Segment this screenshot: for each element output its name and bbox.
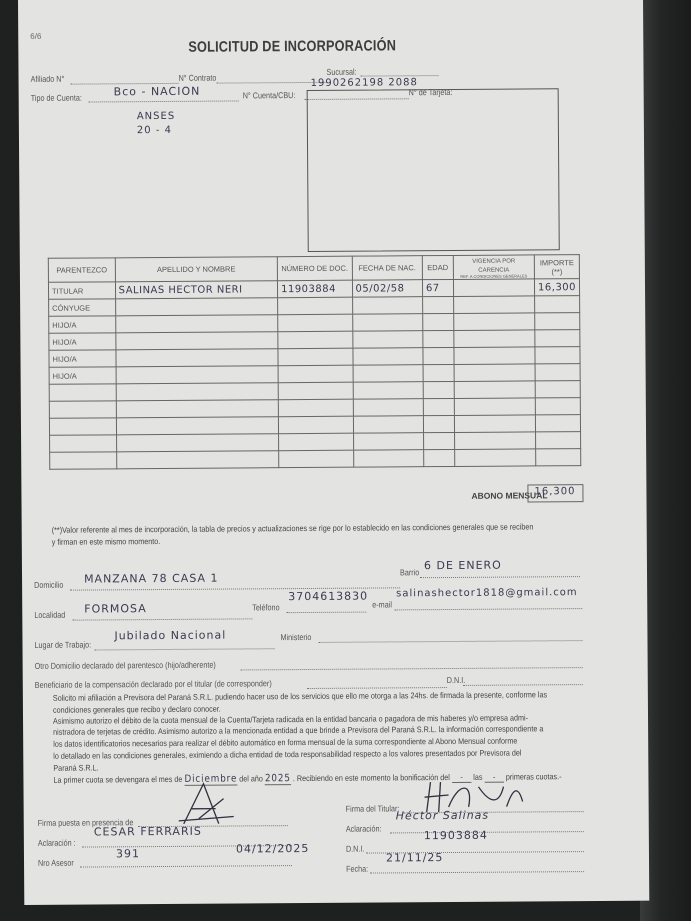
row-name[interactable] bbox=[116, 434, 279, 452]
otro-domicilio-label: Otro Domicilio declarado del parentesco … bbox=[35, 660, 216, 671]
row-age[interactable] bbox=[423, 347, 454, 364]
row-age[interactable] bbox=[423, 415, 454, 432]
row-vigencia[interactable] bbox=[454, 347, 535, 365]
row-importe[interactable] bbox=[535, 347, 580, 364]
localidad-label: Localidad bbox=[34, 610, 65, 620]
trabajo-field[interactable] bbox=[95, 648, 275, 650]
row-importe[interactable] bbox=[535, 313, 580, 330]
row-importe[interactable] bbox=[535, 364, 580, 381]
row-name[interactable]: SALINAS HECTOR NERI bbox=[115, 281, 278, 299]
form-sheet: 6/6 SOLICITUD DE INCORPORACIÓN Afiliado … bbox=[18, 0, 649, 905]
row-name[interactable] bbox=[116, 366, 279, 384]
row-doc[interactable] bbox=[278, 365, 353, 383]
legal-line7: Paraná S.R.L. bbox=[53, 763, 98, 772]
row-age[interactable] bbox=[422, 296, 453, 313]
footnote-line2: y firman en este mismo momento. bbox=[52, 537, 161, 547]
row-dob[interactable] bbox=[353, 365, 424, 382]
fecha-value: 21/11/25 bbox=[386, 851, 443, 864]
row-parentezco: HIJO/A bbox=[49, 333, 116, 350]
trabajo-value: Jubilado Nacional bbox=[114, 629, 226, 643]
row-vigencia[interactable] bbox=[453, 296, 534, 314]
row-parentezco bbox=[49, 384, 116, 401]
table-header-row: PARENTEZCO APELLIDO Y NOMBRE NÚMERO DE D… bbox=[48, 255, 579, 283]
row-dob[interactable] bbox=[353, 399, 424, 416]
row-vigencia[interactable] bbox=[454, 330, 535, 348]
row-dob[interactable] bbox=[353, 450, 424, 467]
trabajo-label: Lugar de Trabajo: bbox=[34, 640, 91, 650]
beneficiario-field[interactable] bbox=[307, 687, 447, 689]
row-dob[interactable] bbox=[353, 433, 424, 450]
row-name[interactable] bbox=[115, 332, 278, 350]
otro-domicilio-field[interactable] bbox=[241, 667, 583, 670]
row-vigencia[interactable] bbox=[454, 415, 535, 433]
abono-mensual-field[interactable]: 16,300 bbox=[527, 484, 583, 502]
row-age[interactable] bbox=[423, 364, 454, 381]
row-importe[interactable] bbox=[535, 330, 580, 347]
footnote-line1: (**)Valor referente al mes de incorporac… bbox=[52, 522, 534, 534]
telefono-label: Teléfono bbox=[252, 602, 279, 612]
row-parentezco: HIJO/A bbox=[49, 367, 116, 384]
telefono-value: 3704613830 bbox=[288, 590, 368, 604]
row-name[interactable] bbox=[116, 417, 279, 435]
col-importe: IMPORTE (**) bbox=[534, 255, 579, 279]
row-age[interactable] bbox=[423, 313, 454, 330]
row-doc[interactable] bbox=[278, 314, 353, 332]
row-age[interactable] bbox=[423, 330, 454, 347]
row-doc[interactable] bbox=[279, 433, 354, 451]
row-dob[interactable] bbox=[353, 382, 424, 399]
domicilio-value: MANZANA 78 CASA 1 bbox=[84, 572, 219, 586]
row-vigencia[interactable] bbox=[454, 432, 535, 450]
row-doc[interactable] bbox=[278, 416, 353, 434]
row-age[interactable] bbox=[423, 381, 454, 398]
note-anses: ANSES bbox=[137, 111, 175, 122]
col-numero-doc: NÚMERO DE DOC. bbox=[277, 256, 352, 281]
fecha-field[interactable] bbox=[370, 871, 584, 873]
row-age[interactable]: 67 bbox=[422, 279, 453, 296]
telefono-field[interactable] bbox=[286, 612, 366, 614]
barrio-value: 6 DE ENERO bbox=[424, 559, 502, 573]
row-name[interactable] bbox=[116, 451, 279, 469]
tipo-cuenta-label: Tipo de Cuenta: bbox=[31, 93, 82, 103]
beneficiario-dni-label: D.N.I. bbox=[447, 675, 466, 685]
first-fee-prefix: La primer cuota se devengara el mes de bbox=[53, 775, 182, 785]
row-age[interactable] bbox=[423, 398, 454, 415]
row-vigencia[interactable] bbox=[454, 398, 535, 416]
col-parentezco: PARENTEZCO bbox=[48, 258, 115, 282]
titular-signature-label: Firma del Titular: bbox=[346, 803, 400, 813]
vigencia-title: VIGENCIA POR CARENCIA bbox=[472, 259, 515, 274]
form-title: SOLICITUD DE INCORPORACIÓN bbox=[188, 37, 396, 55]
row-vigencia[interactable] bbox=[453, 313, 534, 331]
legal-line4: nistradora de terjetas de crédito. Asimi… bbox=[53, 724, 543, 736]
row-importe[interactable] bbox=[536, 449, 581, 466]
row-parentezco: HIJO/A bbox=[49, 316, 116, 333]
fecha-label: Fecha: bbox=[346, 864, 368, 874]
row-name[interactable] bbox=[115, 298, 278, 316]
row-importe[interactable] bbox=[535, 415, 580, 432]
row-importe[interactable] bbox=[535, 381, 580, 398]
tipo-cuenta-field[interactable] bbox=[89, 100, 239, 102]
family-table: PARENTEZCO APELLIDO Y NOMBRE NÚMERO DE D… bbox=[48, 254, 581, 470]
first-fee-year[interactable]: 2025 bbox=[265, 773, 291, 785]
row-vigencia[interactable] bbox=[453, 279, 534, 297]
note-number: 20 - 4 bbox=[137, 125, 172, 136]
row-importe[interactable] bbox=[535, 398, 580, 415]
aclaracion-right-value: Héctor Salinas bbox=[396, 809, 490, 823]
row-doc[interactable] bbox=[279, 450, 354, 468]
row-age[interactable] bbox=[423, 432, 454, 449]
asesor-date: 04/12/2025 bbox=[236, 842, 309, 856]
row-parentezco: TITULAR bbox=[48, 282, 115, 299]
row-doc[interactable]: 11903884 bbox=[278, 280, 353, 298]
row-parentezco bbox=[50, 452, 117, 469]
col-apellido-nombre: APELLIDO Y NOMBRE bbox=[115, 257, 278, 282]
aclaracion-left-label: Aclaración : bbox=[38, 838, 76, 848]
row-parentezco bbox=[50, 435, 117, 452]
col-edad: EDAD bbox=[422, 255, 453, 279]
col-fecha-nac: FECHA DE NAC. bbox=[352, 256, 423, 280]
vigencia-subtitle: REF. A CONDICIONES GENERALES bbox=[457, 273, 531, 279]
email-field[interactable] bbox=[394, 608, 582, 610]
legal-line2: condiciones generales que recibo y decla… bbox=[53, 705, 221, 715]
row-parentezco: CÓNYUGE bbox=[49, 299, 116, 316]
email-value: salinashector1818@gmail.com bbox=[396, 587, 578, 599]
row-parentezco bbox=[49, 418, 116, 435]
row-doc[interactable] bbox=[278, 348, 353, 366]
localidad-field[interactable] bbox=[72, 618, 252, 620]
beneficiario-dni-field[interactable] bbox=[463, 684, 583, 686]
domicilio-label: Domicilio bbox=[34, 580, 63, 590]
row-vigencia[interactable] bbox=[454, 381, 535, 399]
row-dob[interactable] bbox=[352, 314, 423, 331]
row-name[interactable] bbox=[115, 315, 278, 333]
row-age[interactable] bbox=[424, 449, 455, 466]
legal-line5: los datos identificatorios necesarios pa… bbox=[53, 737, 517, 749]
row-name[interactable] bbox=[116, 400, 279, 418]
row-vigencia[interactable] bbox=[454, 449, 535, 467]
dni-label: D.N.I. bbox=[346, 844, 365, 854]
legal-line1: Solicito mi afiliación a Previsora del P… bbox=[53, 690, 547, 702]
asesor-value: 391 bbox=[116, 847, 140, 860]
localidad-value: FORMOSA bbox=[84, 602, 147, 615]
row-dob[interactable] bbox=[352, 297, 423, 314]
row-importe[interactable] bbox=[536, 432, 581, 449]
page-number: 6/6 bbox=[30, 32, 41, 41]
row-vigencia[interactable] bbox=[454, 364, 535, 382]
row-dob[interactable]: 05/02/58 bbox=[352, 280, 423, 297]
abono-mensual-value: 16,300 bbox=[534, 486, 575, 497]
row-importe[interactable]: 16,300 bbox=[534, 279, 579, 296]
legal-line3: Asimismo autorizo el débito de la cuota … bbox=[53, 713, 528, 725]
col-vigencia: VIGENCIA POR CARENCIA REF. A CONDICIONES… bbox=[453, 255, 534, 280]
row-doc[interactable] bbox=[278, 382, 353, 400]
asesor-label: Nro Asesor bbox=[38, 858, 74, 868]
row-dob[interactable] bbox=[353, 416, 424, 433]
legal-line6: lo detallado en las condiciones generale… bbox=[53, 749, 521, 761]
row-dob[interactable] bbox=[352, 331, 423, 348]
aclaracion-left-value: CESAR FERRARIS bbox=[94, 825, 202, 839]
aclaracion-right-label: Aclaración: bbox=[346, 823, 382, 833]
email-label: e-mail bbox=[372, 599, 392, 609]
cuenta-cbu-label: N° Cuenta/CBU: bbox=[243, 90, 296, 100]
row-doc[interactable] bbox=[278, 297, 353, 315]
sucursal-label: Sucursal: bbox=[326, 67, 356, 77]
afiliado-label: Afiliado N° bbox=[31, 74, 65, 84]
ministerio-label: Ministerio bbox=[280, 632, 311, 642]
asesor-field[interactable] bbox=[80, 865, 292, 867]
card-attachment-box bbox=[307, 88, 560, 252]
table-row bbox=[50, 449, 581, 470]
row-dob[interactable] bbox=[352, 348, 423, 365]
beneficiario-label: Beneficiario de la compensación declarad… bbox=[35, 678, 272, 690]
ministerio-field[interactable] bbox=[318, 640, 582, 643]
barrio-field[interactable] bbox=[420, 576, 580, 578]
cuenta-cbu-value: 1990262198 2088 bbox=[311, 77, 418, 89]
tipo-cuenta-value: Bco - NACION bbox=[114, 85, 201, 99]
row-name[interactable] bbox=[116, 383, 279, 401]
dni-value: 11903884 bbox=[424, 829, 488, 842]
row-parentezco: HIJO/A bbox=[49, 350, 116, 367]
row-parentezco bbox=[49, 401, 116, 418]
row-name[interactable] bbox=[116, 349, 279, 367]
advisor-signature-icon bbox=[173, 778, 243, 828]
contrato-label: N° Contrato bbox=[179, 73, 217, 83]
barrio-label: Barrio bbox=[400, 567, 419, 577]
row-importe[interactable] bbox=[535, 296, 580, 313]
row-doc[interactable] bbox=[278, 399, 353, 417]
row-doc[interactable] bbox=[278, 331, 353, 349]
